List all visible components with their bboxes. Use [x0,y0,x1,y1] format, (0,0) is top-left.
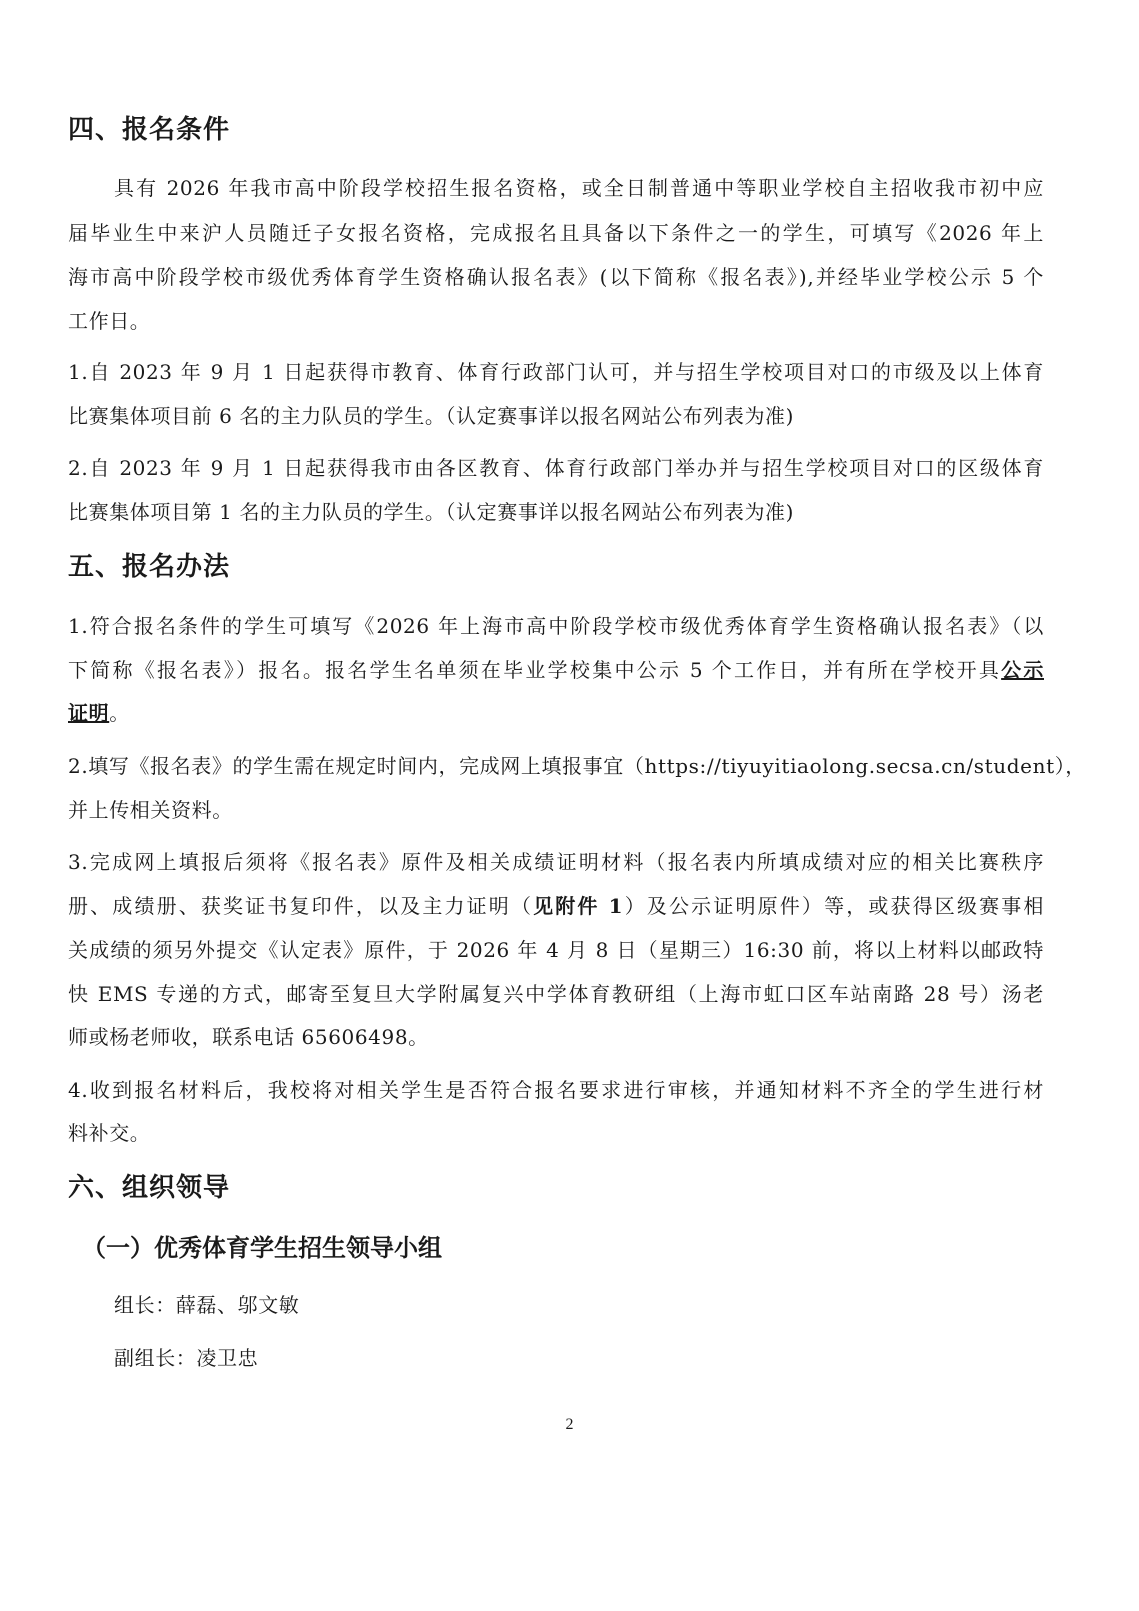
deputy-leader-label: 副组长： [114,1346,196,1370]
method-1-line: 下简称《报名表》）报名。报名学生名单须在毕业学校集中公示 5 个工作日，并有所在… [68,656,1044,684]
method-1-line: 证明。 [68,699,130,727]
public-notice-proof-link[interactable]: 公示 [1001,658,1044,682]
section-heading-registration-method: 五、报名办法 [68,551,230,583]
method-3-text: 册、成绩册、获奖证书复印件，以及主力证明（ [68,894,533,918]
method-2-line: 并上传相关资料。 [68,796,233,824]
paragraph-line: 届毕业生中来沪人员随迁子女报名资格，完成报名且具备以下条件之一的学生，可填写《2… [68,219,1044,247]
condition-1-line: 1.自 2023 年 9 月 1 日起获得市教育、体育行政部门认可，并与招生学校… [68,358,1044,386]
paragraph-line: 具有 2026 年我市高中阶段学校招生报名资格，或全日制普通中等职业学校自主招收… [114,174,1044,202]
condition-1-line: 比赛集体项目前 6 名的主力队员的学生。（认定赛事详以报名网站公布列表为准) [68,402,794,430]
group-leader-label: 组长： [114,1293,176,1317]
condition-2-line: 2.自 2023 年 9 月 1 日起获得我市由各区教育、体育行政部门举办并与招… [68,454,1044,482]
group-leader-row: 组长：薛磊、邬文敏 [114,1291,299,1319]
subsection-heading-leadership-group: （一）优秀体育学生招生领导小组 [82,1233,442,1263]
method-1-tail: 。 [109,701,130,725]
page-number: 2 [0,1416,1139,1434]
method-3-text: ）及公示证明原件）等，或获得区级赛事相 [623,894,1044,918]
section-heading-organization-leadership: 六、组织领导 [68,1172,230,1204]
method-3-line: 册、成绩册、获奖证书复印件，以及主力证明（见附件 1）及公示证明原件）等，或获得… [68,892,1044,920]
method-1-text: 下简称《报名表》）报名。报名学生名单须在毕业学校集中公示 5 个工作日，并有所在… [68,658,1001,682]
attachment-1-reference: 见附件 1 [533,894,623,918]
method-3-line: 快 EMS 专递的方式，邮寄至复旦大学附属复兴中学体育教研组（上海市虹口区车站南… [68,980,1044,1008]
method-3-line: 关成绩的须另外提交《认定表》原件，于 2026 年 4 月 8 日（星期三）16… [68,936,1044,964]
section-heading-registration-conditions: 四、报名条件 [68,114,230,146]
method-3-line: 师或杨老师收，联系电话 65606498。 [68,1023,429,1051]
condition-2-line: 比赛集体项目第 1 名的主力队员的学生。（认定赛事详以报名网站公布列表为准) [68,498,794,526]
method-3-line: 3.完成网上填报后须将《报名表》原件及相关成绩证明材料（报名表内所填成绩对应的相… [68,848,1044,876]
paragraph-line: 工作日。 [68,307,150,335]
group-leader-names: 薛磊、邬文敏 [176,1293,300,1317]
method-4-line: 4.收到报名材料后，我校将对相关学生是否符合报名要求进行审核，并通知材料不齐全的… [68,1076,1044,1104]
deputy-leader-row: 副组长：凌卫忠 [114,1344,258,1372]
public-notice-proof-link[interactable]: 证明 [68,701,109,725]
method-1-line: 1.符合报名条件的学生可填写《2026 年上海市高中阶段学校市级优秀体育学生资格… [68,612,1044,640]
paragraph-line: 海市高中阶段学校市级优秀体育学生资格确认报名表》(以下简称《报名表》),并经毕业… [68,263,1044,291]
deputy-leader-names: 凌卫忠 [196,1346,258,1370]
method-4-line: 料补交。 [68,1119,150,1147]
method-2-line: 2.填写《报名表》的学生需在规定时间内，完成网上填报事宜（https://tiy… [68,752,1044,780]
